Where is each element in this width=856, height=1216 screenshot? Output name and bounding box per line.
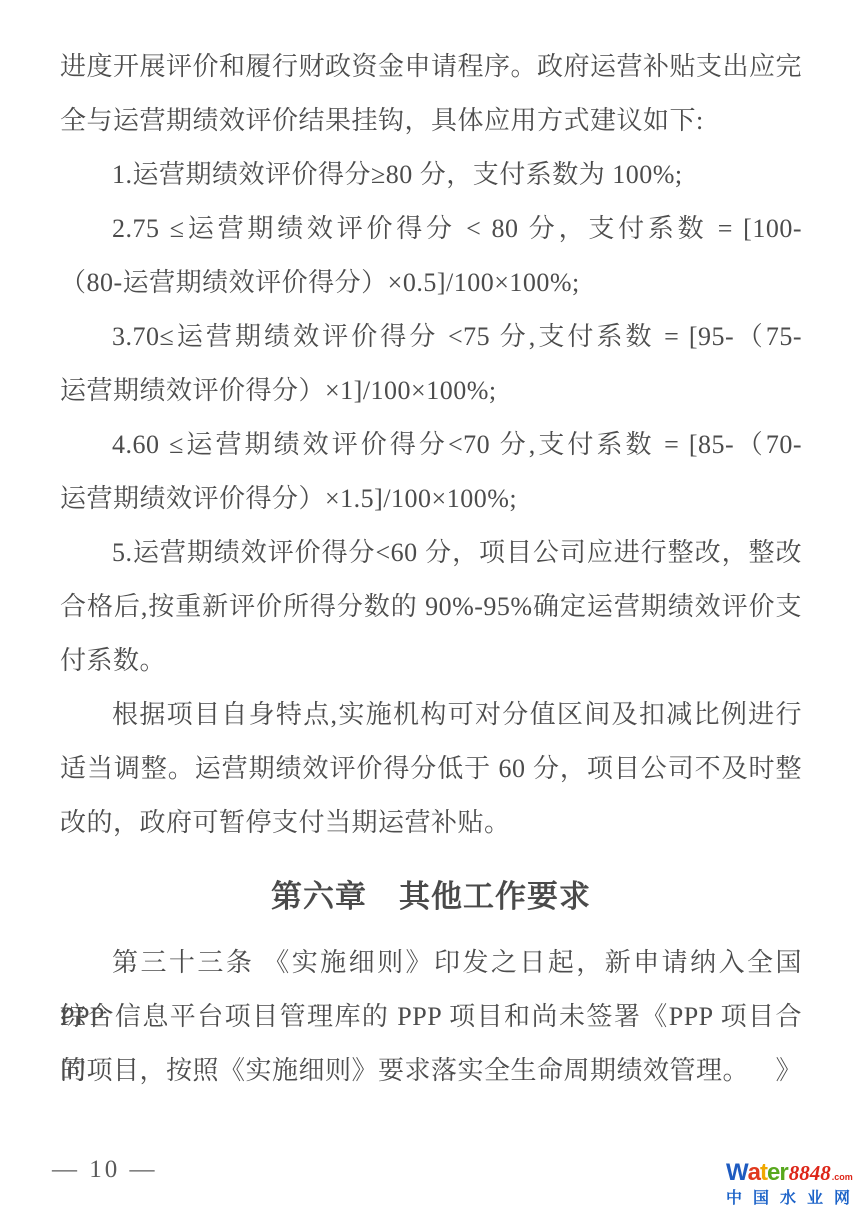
body-line: 进度开展评价和履行财政资金申请程序。政府运营补贴支出应完 [60, 40, 802, 94]
chapter-heading: 第六章 其他工作要求 [60, 876, 802, 918]
body-line: 的项目，按照《实施细则》要求落实全生命周期绩效管理。 [60, 1044, 802, 1098]
body-line: 运营期绩效评价得分）×1]/100×100%; [60, 364, 802, 418]
body-line: 4.60 ≤运营期绩效评价得分<70 分,支付系数 = [85-（70- [60, 418, 802, 472]
brand-tld: .com [832, 1165, 853, 1189]
body-line: 3.70≤运营期绩效评价得分 <75 分,支付系数 = [95-（75- [60, 310, 802, 364]
brand-letter: e [767, 1161, 779, 1185]
body-line: 根据项目自身特点,实施机构可对分值区间及扣减比例进行 [60, 688, 802, 742]
body-line: 合格后,按重新评价所得分数的 90%-95%确定运营期绩效评价支 [60, 580, 802, 634]
body-line: 改的，政府可暂停支付当期运营补贴。 [60, 796, 802, 850]
water8848-brand-text: W a t e r 8848 .com [726, 1161, 850, 1189]
body-line: 运营期绩效评价得分）×1.5]/100×100%; [60, 472, 802, 526]
body-line: 2.75 ≤运营期绩效评价得分 < 80 分，支付系数 = [100- [60, 202, 802, 256]
brand-letter: t [760, 1161, 767, 1185]
brand-letter: r [779, 1161, 787, 1185]
document-body: 进度开展评价和履行财政资金申请程序。政府运营补贴支出应完 全与运营期绩效评价结果… [60, 40, 802, 1098]
body-line: 综合信息平台项目管理库的 PPP 项目和尚未签署《PPP 项目合同》 [60, 990, 802, 1044]
body-line: 第三十三条 《实施细则》印发之日起，新申请纳入全国 PPP [60, 936, 802, 990]
brand-number: 8848 [789, 1161, 831, 1185]
logo-subtitle: 中国水业网 [726, 1189, 850, 1208]
water8848-logo: W a t e r 8848 .com 中国水业网 [726, 1161, 850, 1208]
brand-letter: a [748, 1161, 760, 1185]
body-line: 适当调整。运营期绩效评价得分低于 60 分，项目公司不及时整 [60, 742, 802, 796]
body-line: 付系数。 [60, 634, 802, 688]
body-line: （80-运营期绩效评价得分）×0.5]/100×100%; [60, 256, 802, 310]
document-page: 进度开展评价和履行财政资金申请程序。政府运营补贴支出应完 全与运营期绩效评价结果… [0, 0, 856, 1216]
page-number: — 10 — [52, 1156, 158, 1184]
body-line: 全与运营期绩效评价结果挂钩，具体应用方式建议如下: [60, 94, 802, 148]
brand-letter: W [726, 1161, 748, 1185]
body-line: 5.运营期绩效评价得分<60 分，项目公司应进行整改，整改 [60, 526, 802, 580]
body-line: 1.运营期绩效评价得分≥80 分，支付系数为 100%; [60, 148, 802, 202]
